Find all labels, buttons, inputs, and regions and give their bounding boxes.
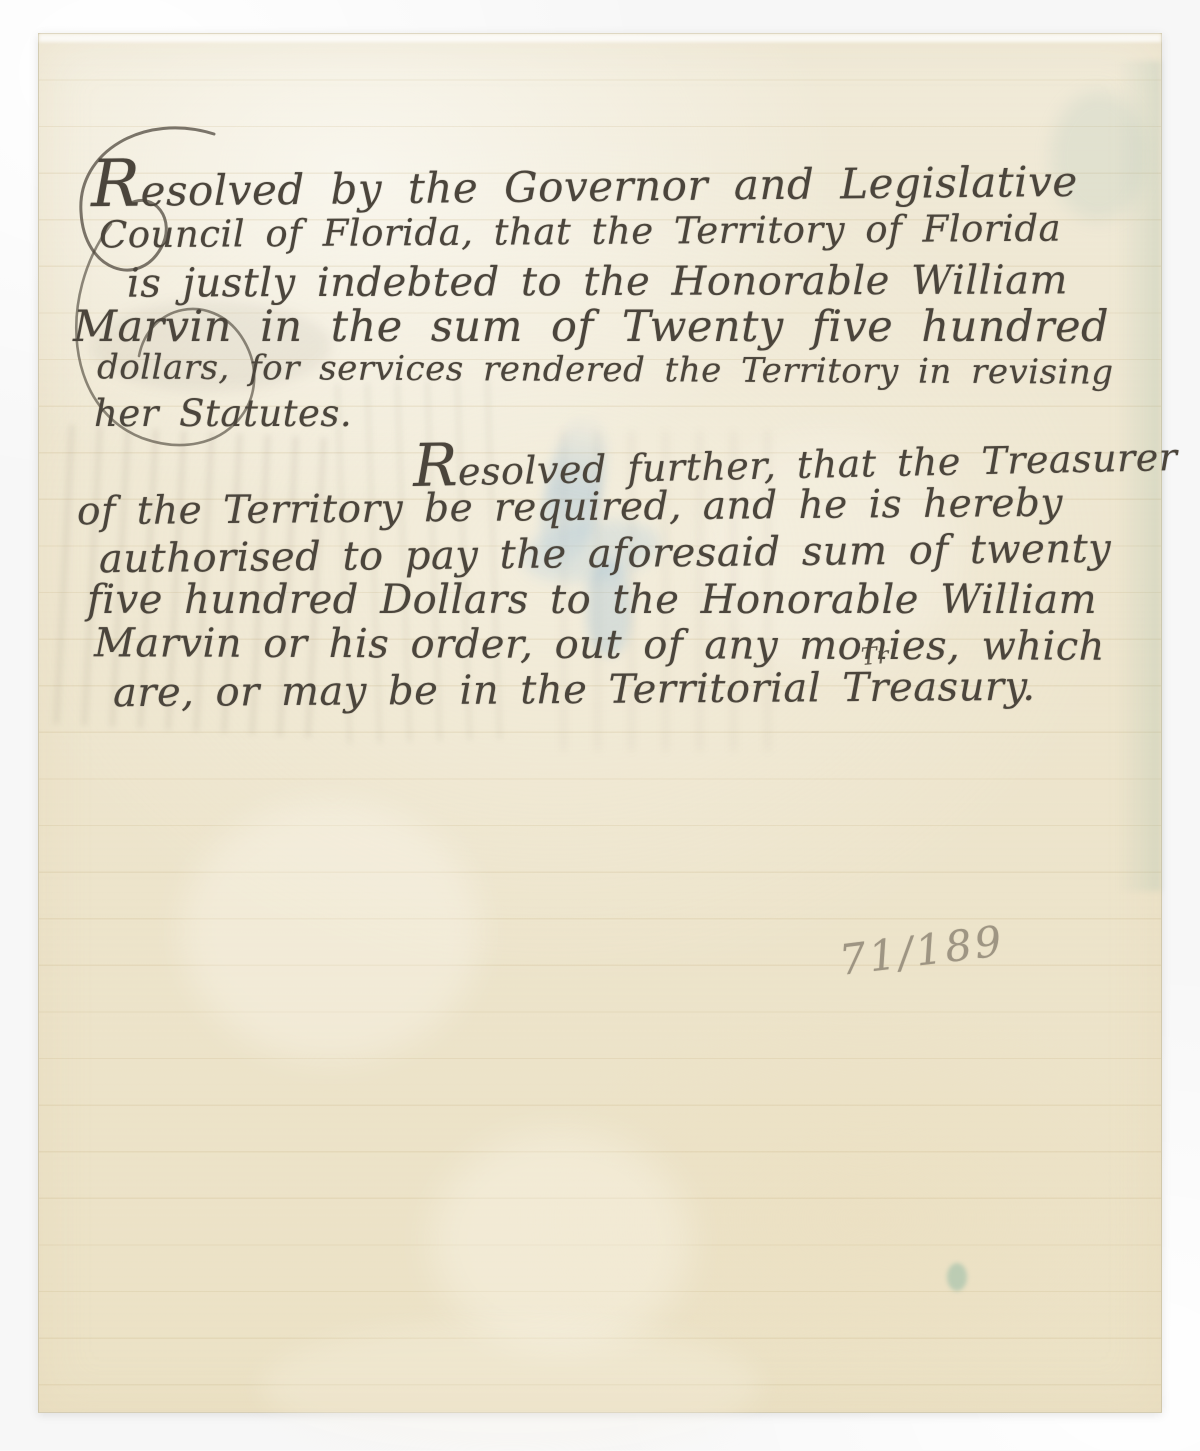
manuscript-line: authorised to pay the aforesaid sum of t… — [99, 527, 1112, 582]
water-stain — [431, 1131, 691, 1351]
archival-number-pencil: 71/189 — [837, 916, 1008, 985]
manuscript-line: her Statutes. — [94, 394, 352, 435]
water-stain — [181, 801, 481, 1061]
manuscript-page: Resolved by the Governor and Legislative… — [38, 33, 1162, 1413]
manuscript-line: Council of Florida, that the Territory o… — [99, 209, 1061, 256]
manuscript-line: are, or may be in the Territorial Treasu… — [113, 665, 1036, 715]
manuscript-line: Marvin or his order, out of any monies, … — [94, 621, 1105, 669]
manuscript-line: five hundred Dollars to the Honorable Wi… — [87, 578, 1097, 622]
paper-top-edge — [39, 34, 1161, 42]
manuscript-line: Resolved by the Governor and Legislative — [91, 149, 1078, 216]
teal-spot — [947, 1263, 967, 1291]
manuscript-line: Marvin in the sum of Twenty five hundred — [73, 304, 1109, 351]
manuscript-line: is justly indebted to the Honorable Will… — [127, 258, 1068, 305]
manuscript-line: dollars, for services rendered the Terri… — [97, 349, 1114, 392]
manuscript-line: of the Territory be required, and he is … — [77, 483, 1063, 534]
interlinear-insertion: Tr — [860, 641, 890, 671]
